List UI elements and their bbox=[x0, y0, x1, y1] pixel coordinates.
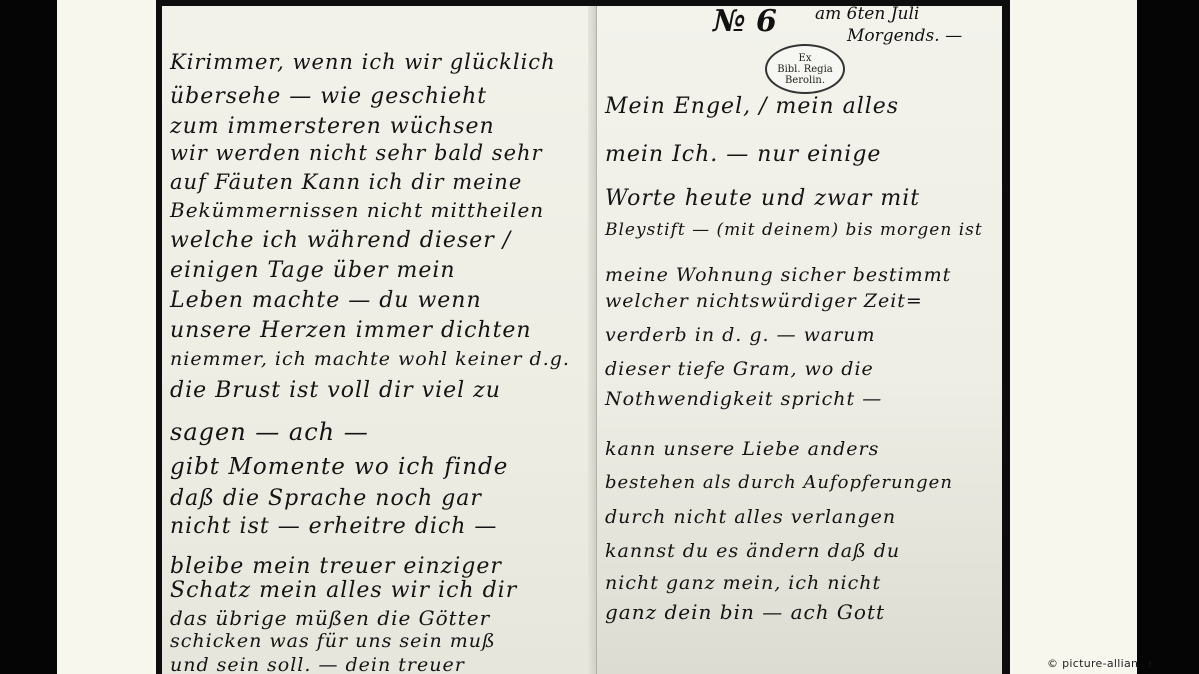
text-line: Nothwendigkeit spricht — bbox=[605, 388, 882, 410]
date-line: am 6ten Juli bbox=[815, 6, 919, 24]
text-line: Schatz mein alles wir ich dir bbox=[170, 578, 517, 603]
text-line: wir werden nicht sehr bald sehr bbox=[170, 141, 543, 165]
text-line: durch nicht alles verlangen bbox=[605, 506, 896, 528]
text-line: Worte heute und zwar mit bbox=[605, 186, 920, 211]
text-line: dieser tiefe Gram, wo die bbox=[605, 358, 874, 380]
text-line: schicken was für uns sein muß bbox=[170, 630, 496, 652]
text-line: mein Ich. — nur einige bbox=[605, 142, 881, 167]
text-line: Kirimmer, wenn ich wir glücklich bbox=[170, 50, 556, 74]
text-line: nicht ist — erheitre dich — bbox=[170, 514, 497, 539]
left-black-bar bbox=[0, 0, 57, 674]
text-line: die Brust ist voll dir viel zu bbox=[170, 378, 501, 403]
text-line: unsere Herzen immer dichten bbox=[170, 318, 532, 343]
right-black-bar-edge bbox=[1137, 655, 1149, 673]
text-line: Leben machte — du wenn bbox=[170, 288, 482, 313]
text-line: übersehe — wie geschieht bbox=[170, 84, 487, 109]
text-line: Bekümmernissen nicht mittheilen bbox=[170, 198, 544, 222]
text-line: zum immersteren wüchsen bbox=[170, 114, 495, 139]
text-line: bestehen als durch Aufopferungen bbox=[605, 472, 953, 493]
text-line: bleibe mein treuer einziger bbox=[170, 554, 502, 579]
right-black-bar bbox=[1137, 0, 1199, 674]
text-line: kann unsere Liebe anders bbox=[605, 438, 879, 460]
date-line: Morgends. — bbox=[847, 26, 962, 46]
text-line: sagen — ach — bbox=[170, 418, 369, 446]
stamp-text: Ex bbox=[799, 53, 812, 64]
text-line: verderb in d. g. — warum bbox=[605, 324, 876, 346]
right-page: № 6 am 6ten Juli Morgends. — Ex Bibl. Re… bbox=[597, 6, 1002, 674]
text-line: und sein soll. — dein treuer bbox=[170, 654, 465, 674]
text-line: Bleystift — (mit deinem) bis morgen ist bbox=[605, 220, 983, 240]
text-line: kannst du es ändern daß du bbox=[605, 540, 900, 562]
left-page: Kirimmer, wenn ich wir glücklich überseh… bbox=[162, 6, 596, 674]
text-line: Mein Engel, / mein alles bbox=[605, 94, 899, 119]
text-line: gibt Momente wo ich finde bbox=[170, 454, 508, 480]
text-line: auf Fäuten Kann ich dir meine bbox=[170, 170, 522, 194]
library-stamp: Ex Bibl. Regia Berolin. bbox=[765, 44, 845, 94]
text-line: einigen Tage über mein bbox=[170, 258, 456, 283]
text-line: niemmer, ich machte wohl keiner d.g. bbox=[170, 348, 570, 370]
text-line: das übrige müßen die Götter bbox=[170, 606, 490, 630]
stamp-text: Bibl. Regia bbox=[777, 64, 833, 75]
manuscript-photo: Kirimmer, wenn ich wir glücklich überseh… bbox=[156, 0, 1010, 674]
text-line: welcher nichtswürdiger Zeit= bbox=[605, 290, 923, 312]
stamp-text: Berolin. bbox=[785, 75, 825, 86]
page-number: № 6 bbox=[713, 6, 777, 39]
text-line: meine Wohnung sicher bestimmt bbox=[605, 264, 951, 286]
text-line: welche ich während dieser / bbox=[170, 228, 511, 253]
text-line: daß die Sprache noch gar bbox=[170, 486, 482, 511]
text-line: ganz dein bin — ach Gott bbox=[605, 600, 885, 624]
text-line: nicht ganz mein, ich nicht bbox=[605, 572, 881, 594]
